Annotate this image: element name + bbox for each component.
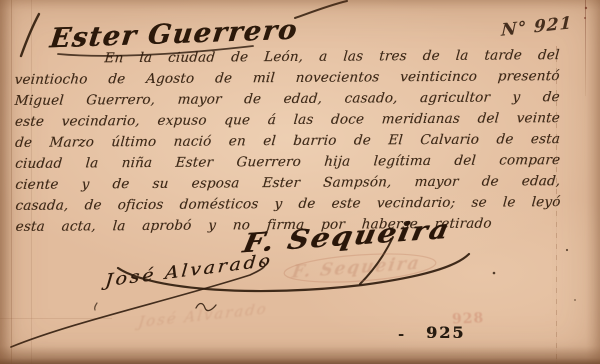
fold-line-right-top	[585, 0, 586, 96]
folio-dash: -	[398, 325, 404, 343]
ink-speck	[585, 7, 587, 9]
folio-number: 925	[426, 323, 465, 342]
paper-crease	[0, 318, 112, 319]
scanned-record-page: Ester Guerrero N° 921 En la ciudad de Le…	[0, 0, 600, 364]
ink-speck	[493, 272, 496, 275]
comma-mark	[95, 303, 97, 310]
witness-signature-ghost: José Alvarado	[137, 299, 268, 331]
registrar-signature-ghost: F. Sequeira	[290, 253, 422, 282]
record-body: En la ciudad de León, a las tres de la t…	[14, 45, 560, 238]
fold-line-left-outer	[11, 0, 12, 364]
ink-speck	[566, 249, 568, 251]
ink-speck	[574, 299, 576, 301]
witness-signature: José Alvarado	[104, 250, 273, 291]
ink-speck	[584, 17, 586, 19]
stray-stroke	[295, 1, 347, 18]
record-number: N° 921	[501, 13, 573, 41]
